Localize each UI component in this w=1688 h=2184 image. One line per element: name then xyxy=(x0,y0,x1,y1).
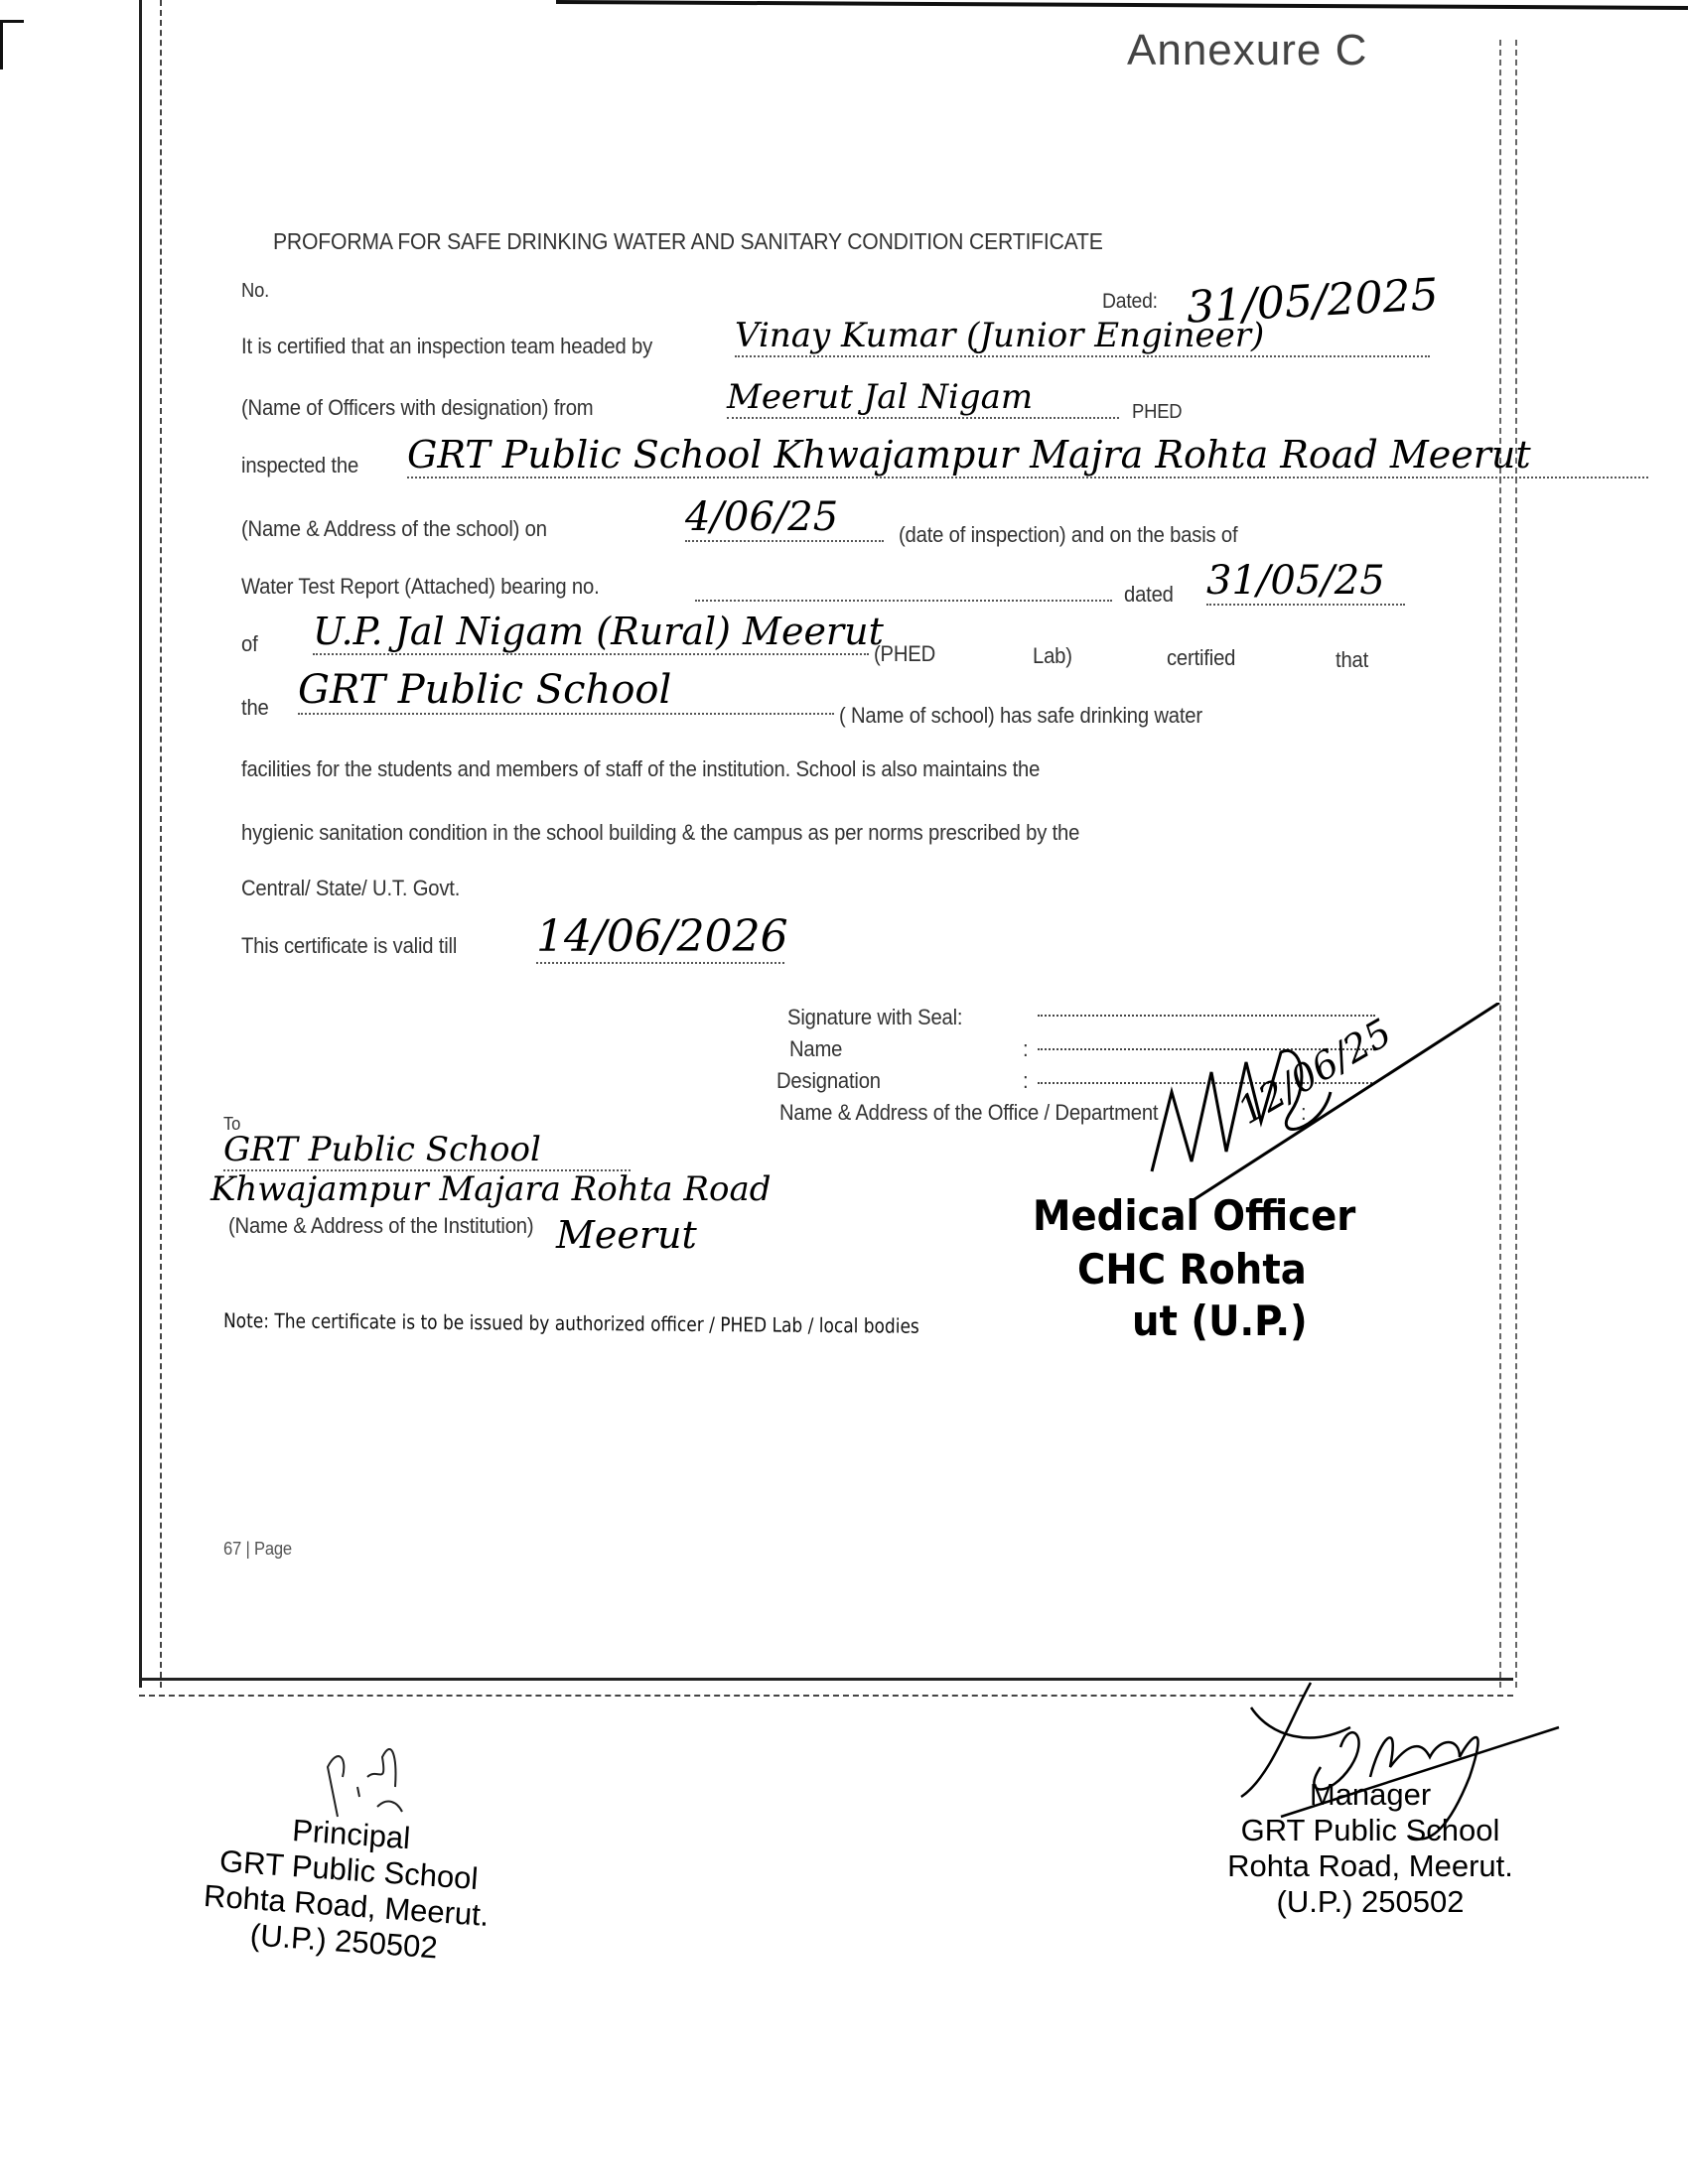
annexure-label: Annexure C xyxy=(1127,26,1367,75)
office-label: Name & Address of the Office / Departmen… xyxy=(779,1100,1158,1126)
certificate-title: PROFORMA FOR SAFE DRINKING WATER AND SAN… xyxy=(273,228,1103,255)
line5-prefix: Water Test Report (Attached) bearing no. xyxy=(241,574,600,600)
line6-certified: certified xyxy=(1167,645,1235,671)
frame-left-border xyxy=(139,0,162,1688)
designation-colon: : xyxy=(1023,1068,1028,1094)
dated-label: Dated: xyxy=(1102,290,1158,314)
line6-phed: (PHED xyxy=(874,641,935,667)
stamp-line-2: CHC Rohta xyxy=(1077,1245,1307,1294)
line4-prefix: (Name & Address of the school) on xyxy=(241,516,547,542)
no-label: No. xyxy=(241,280,269,303)
officer-signature xyxy=(1132,1003,1509,1221)
recipient-line-2: Khwajampur Majara Rohta Road xyxy=(211,1169,772,1209)
valid-till-field: 14/06/2026 xyxy=(536,911,784,964)
officer-name-field: Vinay Kumar (Junior Engineer) xyxy=(735,316,1430,357)
page-edge-mark xyxy=(0,20,24,23)
report-no-field xyxy=(695,580,1112,602)
designation-label: Designation xyxy=(776,1068,881,1094)
line5-dated-label: dated xyxy=(1124,582,1174,608)
paragraph-line-3: Central/ State/ U.T. Govt. xyxy=(241,876,460,901)
page-edge-mark xyxy=(0,20,3,69)
report-date-field: 31/05/25 xyxy=(1206,558,1405,606)
line3-prefix: inspected the xyxy=(241,453,358,478)
line4-suffix: (date of inspection) and on the basis of xyxy=(899,522,1237,548)
paragraph-line-1: facilities for the students and members … xyxy=(241,756,1040,782)
inspection-date-field: 4/06/25 xyxy=(685,494,884,542)
stamp-line-3: ut (U.P.) xyxy=(1132,1297,1308,1345)
recipient-line-1: GRT Public School xyxy=(223,1130,631,1171)
principal-signature xyxy=(308,1727,427,1827)
paragraph-line-2: hygienic sanitation condition in the sch… xyxy=(241,820,1079,846)
name-label: Name xyxy=(789,1036,842,1062)
recipient-caption: (Name & Address of the Institution) xyxy=(228,1213,533,1239)
school-name-field: GRT Public School xyxy=(298,667,834,715)
line6-prefix: of xyxy=(241,631,258,657)
valid-till-label: This certificate is valid till xyxy=(241,933,457,959)
manager-line-1: GRT Public School xyxy=(1201,1813,1539,1848)
principal-block: Principal GRT Public School Rohta Road, … xyxy=(144,1803,550,1974)
frame-top-border xyxy=(556,0,1688,10)
stamp-line-1: Medical Officer xyxy=(1033,1191,1355,1240)
manager-title: Manager xyxy=(1201,1777,1539,1813)
department-field: Meerut Jal Nigam xyxy=(727,377,1119,419)
line7-prefix: the xyxy=(241,695,269,721)
frame-right-border xyxy=(1499,40,1517,1688)
manager-line-2: Rohta Road, Meerut. xyxy=(1201,1848,1539,1884)
signature-label: Signature with Seal: xyxy=(787,1005,962,1030)
certificate-note: Note: The certificate is to be issued by… xyxy=(223,1308,919,1338)
school-address-field: GRT Public School Khwajampur Majra Rohta… xyxy=(407,433,1648,478)
line2-prefix: (Name of Officers with designation) from xyxy=(241,395,593,421)
page-number: 67 | Page xyxy=(223,1539,292,1560)
line7-suffix: ( Name of school) has safe drinking wate… xyxy=(839,703,1202,729)
lab-name-field: U.P. Jal Nigam (Rural) Meerut xyxy=(313,610,869,655)
name-colon: : xyxy=(1023,1036,1028,1062)
line2-suffix: PHED xyxy=(1132,401,1182,424)
recipient-line-3: Meerut xyxy=(556,1213,697,1257)
manager-block: Manager GRT Public School Rohta Road, Me… xyxy=(1201,1777,1539,1920)
line1-prefix: It is certified that an inspection team … xyxy=(241,334,652,359)
manager-line-3: (U.P.) 250502 xyxy=(1201,1884,1539,1920)
line6-lab: Lab) xyxy=(1033,643,1072,669)
line6-that: that xyxy=(1336,647,1368,673)
